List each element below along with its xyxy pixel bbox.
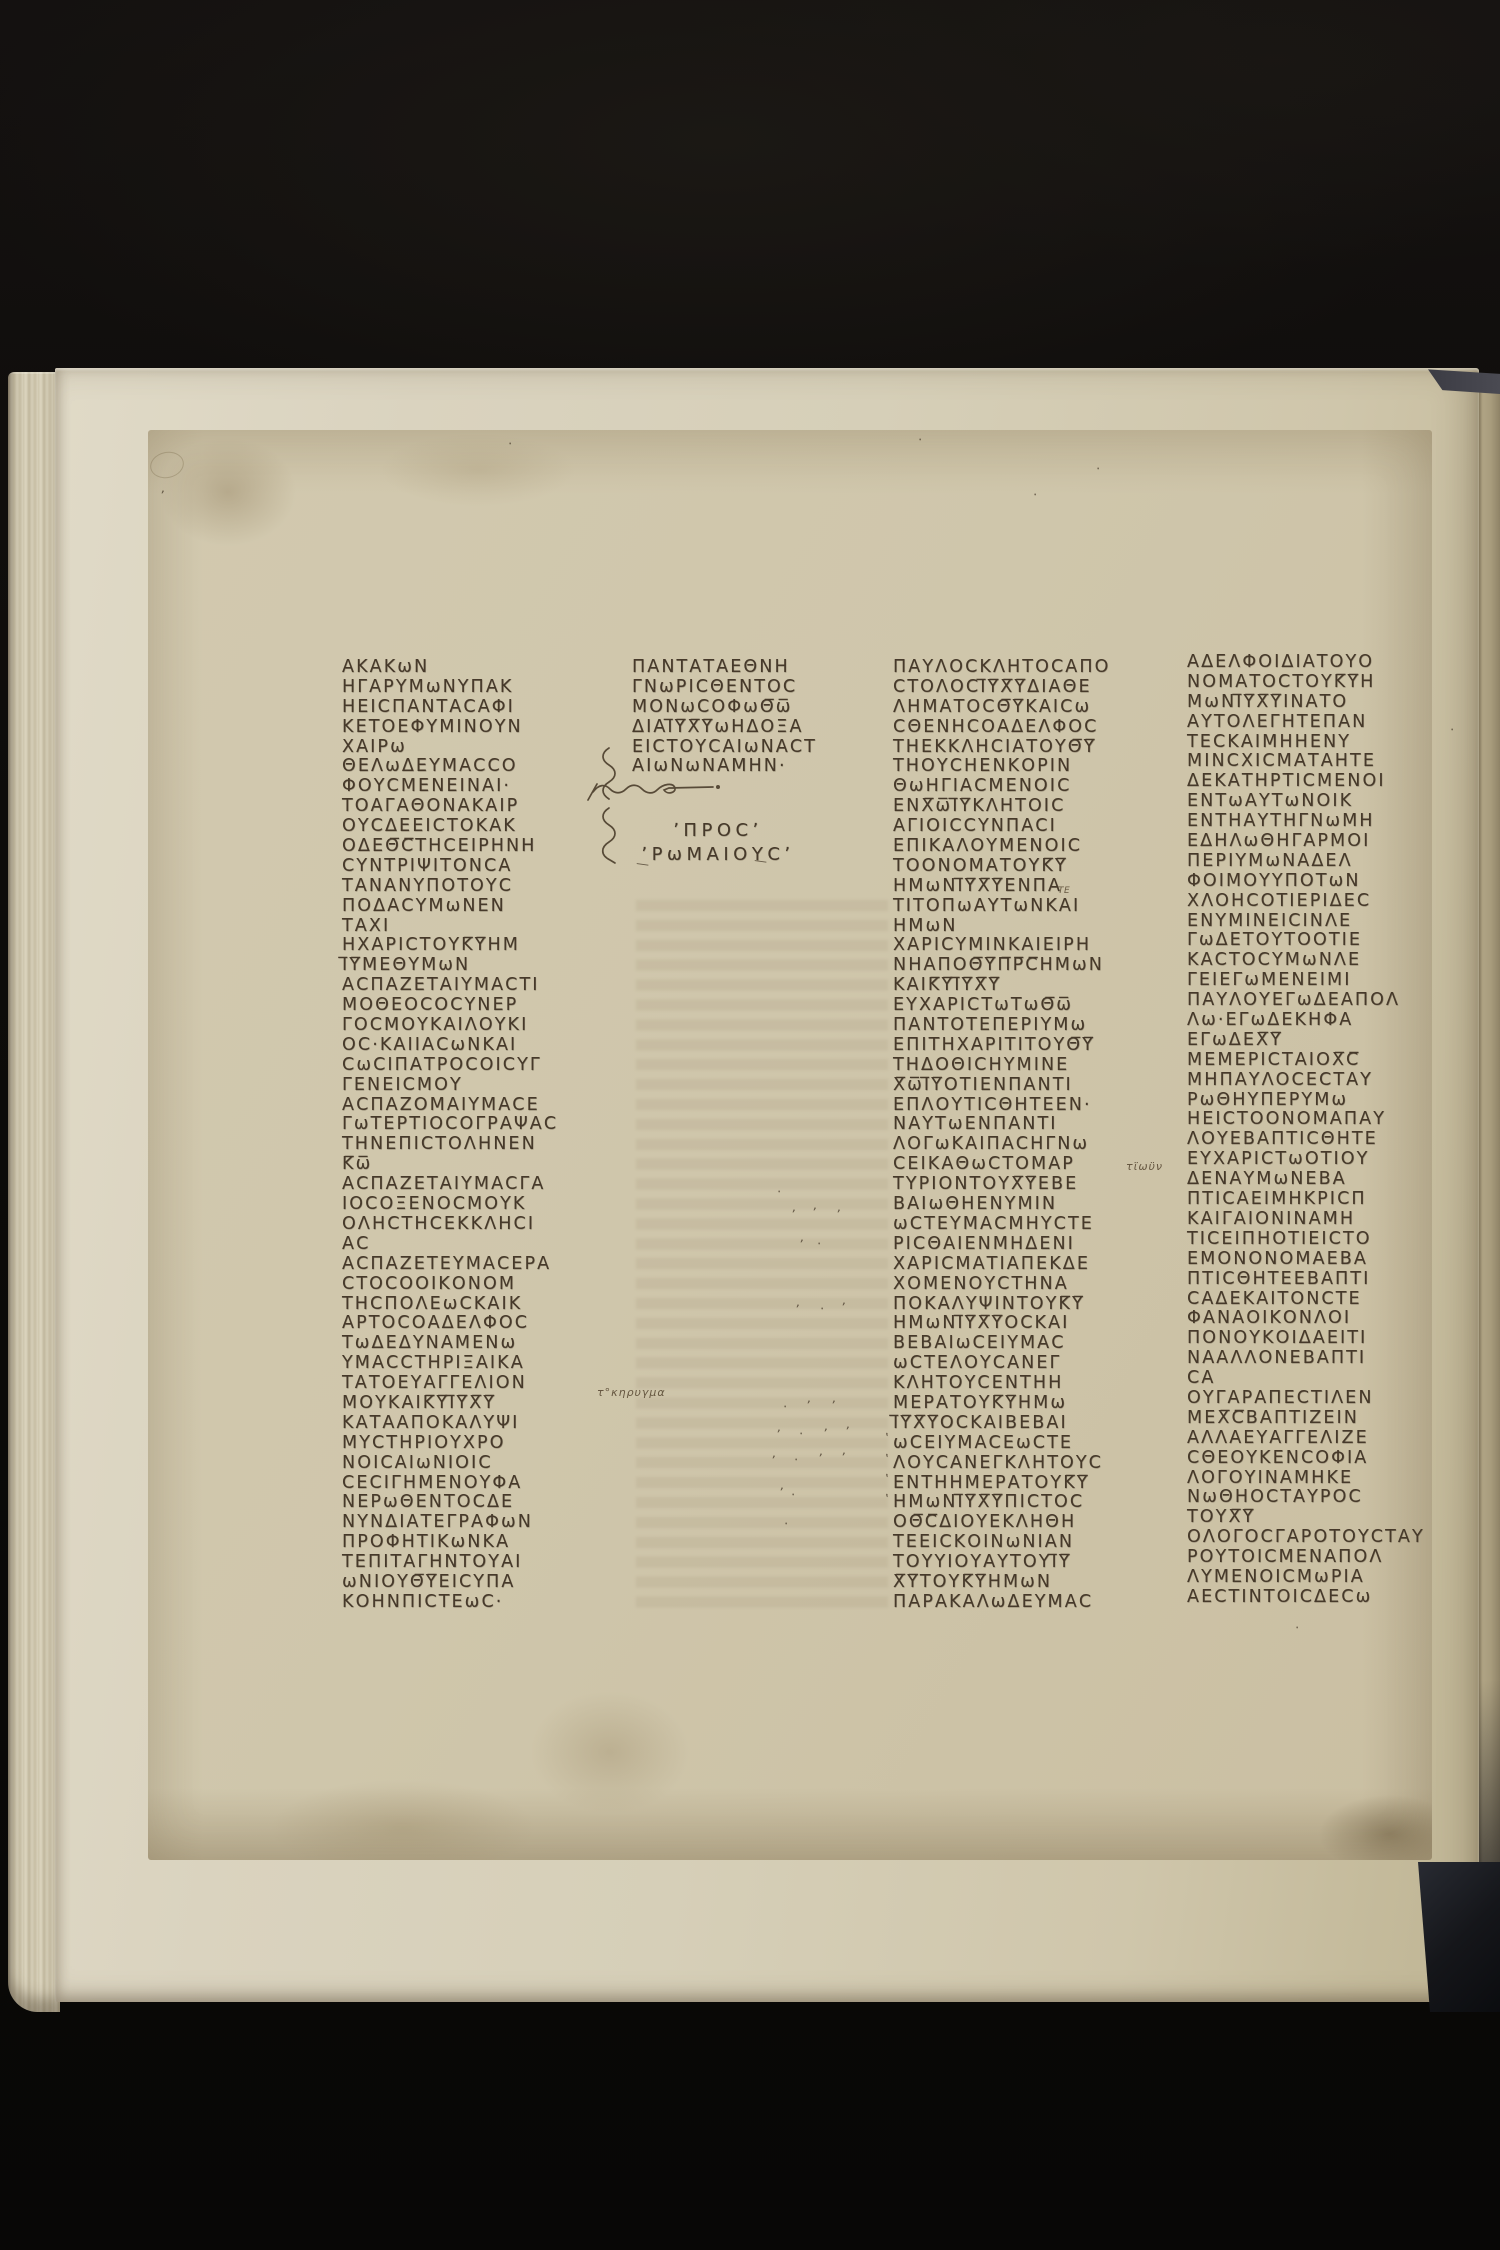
manuscript-line: ΝΗΑΠΟΘ̅Υ̅Π̅Ρ̅Ϲ̅ΗΜωΝ xyxy=(893,956,1161,976)
manuscript-line: ΓΕΝΕΙϹΜΟΥ xyxy=(342,1076,610,1096)
manuscript-line: ΕΠΛΟΥΤΙϹΘΗΤΕΕΝ· xyxy=(893,1096,1161,1116)
manuscript-line: ωΝΙΟΥΘ̅Υ̅ΕΙϹΥΠΑ xyxy=(342,1573,610,1593)
manuscript-line: ϹΑΔΕΚΑΙΤΟΝϹΤΕ xyxy=(1187,1290,1455,1310)
manuscript-line: ΓωΔΕΤΟΥΤΟΟΤΙΕ xyxy=(1187,931,1455,951)
manuscript-line: ΤΑΤΟΕΥΑΓΓΕΛΙΟΝ xyxy=(342,1374,610,1394)
manuscript-line: ϹΤΟΛΟϹΙ̅Υ̅Χ̅Υ̅ΔΙΑΘΕ xyxy=(893,678,1161,698)
manuscript-line: ωϹΕΙΥΜΑϹΕωϹΤΕ xyxy=(893,1434,1161,1454)
manuscript-line: ΥΜΑϹϹΤΗΡΙΞΑΙΚΑ xyxy=(342,1354,610,1374)
manuscript-line: ΕΓωΔΕΧ̅Υ̅ xyxy=(1187,1031,1455,1051)
manuscript-line: ΟϹ·ΚΑΙΙΑϹωΝΚΑΙ xyxy=(342,1036,610,1056)
manuscript-line: ΚΑΙΓΑΙΟΝΙΝΑΜΗ xyxy=(1187,1210,1455,1230)
text-column-3: ΠΑΥΛΟϹΚΛΗΤΟϹΑΠΟϹΤΟΛΟϹΙ̅Υ̅Χ̅Υ̅ΔΙΑΘΕΛΗΜΑΤΟ… xyxy=(893,658,1161,1613)
manuscript-line: ΜΗΠΑΥΛΟϹΕϹΤΑΥ xyxy=(1187,1071,1455,1091)
manuscript-line: ΡΟΥΤΟΙϹΜΕΝΑΠΟΛ xyxy=(1187,1548,1455,1568)
manuscript-line: ΧΑΡΙϹΥΜΙΝΚΑΙΕΙΡΗ xyxy=(893,936,1161,956)
manuscript-line: ΗΜωΝΙ̅Υ̅Χ̅Υ̅ΟϹΚΑΙ xyxy=(893,1314,1161,1334)
manuscript-line: ΤΙΤΟΠωΑΥΤωΝΚΑΙ xyxy=(893,897,1161,917)
manuscript-line: ΚΑϹΤΟϹΥΜωΝΛΕ xyxy=(1187,951,1455,971)
manuscript-line: ΚΛΗΤΟΥϹΕΝΤΗΗ xyxy=(893,1374,1161,1394)
manuscript-line: ΛΟΥΕΒΑΠΤΙϹΘΗΤΕ xyxy=(1187,1130,1455,1150)
manuscript-line: ΝΕΡωΘΕΝΤΟϹΔΕ xyxy=(342,1493,610,1513)
manuscript-line: ΠΟΔΑϹΥΜωΝΕΝ xyxy=(342,897,610,917)
manuscript-line: ΤωΔΕΔΥΝΑΜΕΝω xyxy=(342,1334,610,1354)
manuscript-line: ΕΥΧΑΡΙϹΤωΤωΘ̅ω̅ xyxy=(893,996,1161,1016)
manuscript-line: ϹΤΟϹΟΟΙΚΟΝΟΜ xyxy=(342,1275,610,1295)
manuscript-line: ΜΟΘΕΟϹΟϹΥΝΕΡ xyxy=(342,996,610,1016)
manuscript-line: ΛΥΜΕΝΟΙϹΜωΡΙΑ xyxy=(1187,1568,1455,1588)
manuscript-line: ΗΕΙϹΤΟΟΝΟΜΑΠΑΥ xyxy=(1187,1110,1455,1130)
manuscript-line: ΕΝΤΗΗΜΕΡΑΤΟΥΚ̅Υ̅ xyxy=(893,1474,1161,1494)
manuscript-line: ΑΥΤΟΛΕΓΗΤΕΠΑΝ xyxy=(1187,713,1455,733)
manuscript-line: ΘΕΛωΔΕΥΜΑϹϹΟ xyxy=(342,757,610,777)
manuscript-line: ΑϹ xyxy=(342,1235,610,1255)
manuscript-line: ΧΛΟΗϹΟΤΙΕΡΙΔΕϹ xyxy=(1187,892,1455,912)
manuscript-line: ΤΗΕΚΚΛΗϹΙΑΤΟΥΘ̅Υ̅ xyxy=(893,738,1161,758)
manuscript-line: ΕΜΟΝΟΝΟΜΑΕΒΑ xyxy=(1187,1250,1455,1270)
ink-mark: — xyxy=(753,854,768,869)
manuscript-line: ΤΗΔΟΘΙϹΗΥΜΙΝΕ xyxy=(893,1056,1161,1076)
manuscript-line: ΡωΘΗΥΠΕΡΥΜω xyxy=(1187,1091,1455,1111)
manuscript-line: ΕΥΧΑΡΙϹΤωΟΤΙΟΥ xyxy=(1187,1150,1455,1170)
manuscript-line: Ι̅Υ̅ΜΕΘΥΜωΝ xyxy=(342,956,610,976)
photograph-of-codex-page: ΑΚΑΚωΝΗΓΑΡΥΜωΝΥΠΑΚΗΕΙϹΠΑΝΤΑϹΑΦΙΚΕΤΟΕΦΥΜΙ… xyxy=(0,0,1500,2250)
manuscript-line: Λω·ΕΓωΔΕΚΗΦΑ xyxy=(1187,1011,1455,1031)
text-column-4: ΑΔΕΛΦΟΙΔΙΑΤΟΥΟΝΟΜΑΤΟϹΤΟΥΚ̅Υ̅ΗΜωΝΙ̅Υ̅Χ̅Υ̅… xyxy=(1187,653,1455,1608)
manuscript-line: ΙΟϹΟΞΕΝΟϹΜΟΥΚ xyxy=(342,1195,610,1215)
manuscript-line: ΕΝΤωΑΥΤωΝΟΙΚ xyxy=(1187,792,1455,812)
manuscript-line: ΚΑΤΑΑΠΟΚΑΛΥΨΙ xyxy=(342,1414,610,1434)
manuscript-line: ϹΕΙΚΑΘωϹΤΟΜΑΡ xyxy=(893,1155,1161,1175)
manuscript-line: ΝωΘΗΟϹΤΑΥΡΟϹ xyxy=(1187,1488,1455,1508)
corrector-note: ΤΕ xyxy=(1058,886,1070,896)
manuscript-line: ΑΛΛΑΕΥΑΓΓΕΛΙΖΕ xyxy=(1187,1429,1455,1449)
manuscript-line: ΤΑΝΑΝΥΠΟΤΟΥϹ xyxy=(342,877,610,897)
manuscript-line: ΜΥϹΤΗΡΙΟΥΧΡΟ xyxy=(342,1434,610,1454)
ink-mark: — xyxy=(635,857,650,872)
manuscript-line: ΑΚΑΚωΝ xyxy=(342,658,610,678)
manuscript-line: ΝΑΥΤωΕΝΠΑΝΤΙ xyxy=(893,1115,1161,1135)
manuscript-line: ϹΑ xyxy=(1187,1369,1455,1389)
manuscript-line: ΜΕΡΑΤΟΥΚ̅Υ̅ΗΜω xyxy=(893,1394,1161,1414)
manuscript-line: ΧΑΙΡω xyxy=(342,738,610,758)
manuscript-line: ΑΓΙΟΙϹϹΥΝΠΑϹΙ xyxy=(893,817,1161,837)
manuscript-line: ΦΑΝΑΟΙΚΟΝΛΟΙ xyxy=(1187,1309,1455,1329)
manuscript-line: ωϹΤΕΛΟΥϹΑΝΕΓ xyxy=(893,1354,1161,1374)
manuscript-line: ΠΑΥΛΟΥΕΓωΔΕΑΠΟΛ xyxy=(1187,991,1455,1011)
manuscript-line: ΜΕΧ̅Ϲ̅ΒΑΠΤΙΖΕΙΝ xyxy=(1187,1409,1455,1429)
verso-show-through-text xyxy=(636,900,888,1608)
manuscript-line: ΠΟΚΑΛΥΨΙΝΤΟΥΚ̅Υ̅ xyxy=(893,1295,1161,1315)
manuscript-line: ΟΘ̅Ϲ̅ΔΙΟΥΕΚΛΗΘΗ xyxy=(893,1513,1161,1533)
manuscript-line: ΦΟΙΜΟΥΥΠΟΤωΝ xyxy=(1187,872,1455,892)
manuscript-line: ΠΟΝΟΥΚΟΙΔΑΕΙΤΙ xyxy=(1187,1329,1455,1349)
manuscript-line: ΤΑΧΙ xyxy=(342,917,610,937)
manuscript-line: ΒΑΙωΘΗΕΝΥΜΙΝ xyxy=(893,1195,1161,1215)
text-column-1: ΑΚΑΚωΝΗΓΑΡΥΜωΝΥΠΑΚΗΕΙϹΠΑΝΤΑϹΑΦΙΚΕΤΟΕΦΥΜΙ… xyxy=(342,658,610,1613)
manuscript-line: ϹΕϹΙΓΗΜΕΝΟΥΦΑ xyxy=(342,1474,610,1494)
manuscript-line: ΚΟΗΝΠΙϹΤΕωϹ· xyxy=(342,1593,610,1613)
manuscript-line: ΜωΝΙ̅Υ̅Χ̅Υ̅ΙΝΑΤΟ xyxy=(1187,693,1455,713)
manuscript-line: ΒΕΒΑΙωϹΕΙΥΜΑϹ xyxy=(893,1334,1161,1354)
corrector-note: τ°κηρυγμα xyxy=(597,1386,666,1399)
manuscript-line: ΤΟΥΧ̅Υ̅ xyxy=(1187,1508,1455,1528)
manuscript-line: ΘωΗΓΙΑϹΜΕΝΟΙϹ xyxy=(893,777,1161,797)
manuscript-line: ΗΜωΝΙ̅Υ̅Χ̅Υ̅ΕΝΠΑ xyxy=(893,877,1161,897)
manuscript-line: ωϹΤΕΥΜΑϹΜΗΥϹΤΕ xyxy=(893,1215,1161,1235)
manuscript-line: ΟΥϹΔΕΕΙϹΤΟΚΑΚ xyxy=(342,817,610,837)
manuscript-line: ΗΜωΝ xyxy=(893,917,1161,937)
manuscript-line: ΟΛΗϹΤΗϹΕΚΚΛΗϹΙ xyxy=(342,1215,610,1235)
manuscript-line: ΟΛΟΓΟϹΓΑΡΟΤΟΥϹΤΑΥ xyxy=(1187,1528,1455,1548)
manuscript-line: ΔΙΑΙ̅Υ̅Χ̅Υ̅ωΗΔΟΞΑ xyxy=(632,718,900,738)
manuscript-line: ΔΕΝΑΥΜωΝΕΒΑ xyxy=(1187,1170,1455,1190)
manuscript-line: ΛΟΓΟΥΙΝΑΜΗΚΕ xyxy=(1187,1469,1455,1489)
manuscript-line: ΝΟΜΑΤΟϹΤΟΥΚ̅Υ̅Η xyxy=(1187,673,1455,693)
manuscript-line: ΤΗΟΥϹΗΕΝΚΟΡΙΝ xyxy=(893,757,1161,777)
manuscript-line: ΕΝΧ̅ω̅Ι̅Υ̅ΚΛΗΤΟΙϹ xyxy=(893,797,1161,817)
manuscript-line: ΑΕϹΤΙΝΤΟΙϹΔΕϹω xyxy=(1187,1588,1455,1608)
manuscript-line: ΤΕϹΚΑΙΜΗΗΕΝΥ xyxy=(1187,733,1455,753)
manuscript-line: ΓΟϹΜΟΥΚΑΙΛΟΥΚΙ xyxy=(342,1016,610,1036)
manuscript-line: ΤΙϹΕΙΠΗΟΤΙΕΙϹΤΟ xyxy=(1187,1230,1455,1250)
manuscript-line: ΑϹΠΑΖΟΜΑΙΥΜΑϹΕ xyxy=(342,1096,610,1116)
manuscript-line: ΑϹΠΑΖΕΤΑΙΥΜΑϹΓΑ xyxy=(342,1175,610,1195)
manuscript-line: ΤΟΥΥΙΟΥΑΥΤΟΥΙ̅Υ̅ xyxy=(893,1553,1161,1573)
manuscript-line: ΛΗΜΑΤΟϹΘ̅Υ̅ΚΑΙϹω xyxy=(893,698,1161,718)
manuscript-line: ΕΔΗΛωΘΗΓΑΡΜΟΙ xyxy=(1187,832,1455,852)
manuscript-line: ΝΥΝΔΙΑΤΕΓΡΑΦωΝ xyxy=(342,1513,610,1533)
manuscript-line: ΤΕΠΙΤΑΓΗΝΤΟΥΑΙ xyxy=(342,1553,610,1573)
manuscript-line: ΟΥΓΑΡΑΠΕϹΤΙΛΕΝ xyxy=(1187,1389,1455,1409)
manuscript-line: ΗΓΑΡΥΜωΝΥΠΑΚ xyxy=(342,678,610,698)
manuscript-line: ΤΟΑΓΑΘΟΝΑΚΑΙΡ xyxy=(342,797,610,817)
manuscript-line: ΦΟΥϹΜΕΝΕΙΝΑΙ· xyxy=(342,777,610,797)
subscription-line-pros: ʼΠΡΟϹʼ xyxy=(618,819,818,843)
manuscript-line: ΑϹΠΑΖΕΤΕΥΜΑϹΕΡΑ xyxy=(342,1255,610,1275)
manuscript-line: ϹωϹΙΠΑΤΡΟϹΟΙϹΥΓ xyxy=(342,1056,610,1076)
manuscript-line: ΑΡΤΟϹΟΑΔΕΛΦΟϹ xyxy=(342,1314,610,1334)
manuscript-line: ΠΕΡΙΥΜωΝΑΔΕΛ xyxy=(1187,852,1455,872)
manuscript-line: ΕΝΥΜΙΝΕΙϹΙΝΛΕ xyxy=(1187,912,1455,932)
manuscript-line: ΠΡΟΦΗΤΙΚωΝΚΑ xyxy=(342,1533,610,1553)
manuscript-line: Χ̅ω̅Ι̅Υ̅ΟΤΙΕΝΠΑΝΤΙ xyxy=(893,1076,1161,1096)
manuscript-line: ϹΘΕΟΥΚΕΝϹΟΦΙΑ xyxy=(1187,1449,1455,1469)
manuscript-line: Κ̅ω̅ xyxy=(342,1155,610,1175)
book-fore-edge-page-stack xyxy=(8,372,60,2012)
corrector-note: τϊωϋν xyxy=(1126,1160,1163,1173)
manuscript-line: ΤΗϹΠΟΛΕωϹΚΑΙΚ xyxy=(342,1295,610,1315)
manuscript-line: ΗΜωΝΙ̅Υ̅Χ̅Υ̅ΠΙϹΤΟϹ xyxy=(893,1493,1161,1513)
manuscript-line: ΜΟΝωϹΟΦωΘ̅ω̅ xyxy=(632,698,900,718)
manuscript-line: ΗΕΙϹΠΑΝΤΑϹΑΦΙ xyxy=(342,698,610,718)
manuscript-line: ΓΕΙΕΓωΜΕΝΕΙΜΙ xyxy=(1187,971,1455,991)
manuscript-line: ΓωΤΕΡΤΙΟϹΟΓΡΑΨΑϹ xyxy=(342,1115,610,1135)
manuscript-line: ΤΥΡΙΟΝΤΟΥΧ̅Υ̅ΕΒΕ xyxy=(893,1175,1161,1195)
manuscript-line: Ι̅Υ̅Χ̅Υ̅ΟϹΚΑΙΒΕΒΑΙ xyxy=(893,1414,1161,1434)
manuscript-line: ΜΕΜΕΡΙϹΤΑΙΟΧ̅Ϲ̅ xyxy=(1187,1051,1455,1071)
manuscript-line: ΕΠΙΤΗΧΑΡΙΤΙΤΟΥΘ̅Υ̅ xyxy=(893,1036,1161,1056)
manuscript-line: ΔΕΚΑΤΗΡΤΙϹΜΕΝΟΙ xyxy=(1187,772,1455,792)
manuscript-line: ΕΝΤΗΑΥΤΗΓΝωΜΗ xyxy=(1187,812,1455,832)
manuscript-line: ΟΔΕΘ̅Ϲ̅ΤΗϹΕΙΡΗΝΗ xyxy=(342,837,610,857)
manuscript-line: ΠΑΝΤΑΤΑΕΘΝΗ xyxy=(632,658,900,678)
manuscript-line: ΜΙΝϹΧΙϹΜΑΤΑΗΤΕ xyxy=(1187,752,1455,772)
manuscript-line: ΚΑΙΚ̅Υ̅Ι̅Υ̅Χ̅Υ̅ xyxy=(893,976,1161,996)
manuscript-line: ΡΙϹΘΑΙΕΝΜΗΔΕΝΙ xyxy=(893,1235,1161,1255)
manuscript-line: ΗΧΑΡΙϹΤΟΥΚ̅Υ̅ΗΜ xyxy=(342,936,610,956)
manuscript-line: ΧΟΜΕΝΟΥϹΤΗΝΑ xyxy=(893,1275,1161,1295)
manuscript-line: ΝΑΑΛΛΟΝΕΒΑΠΤΙ xyxy=(1187,1349,1455,1369)
manuscript-line: ΛΟΥϹΑΝΕΓΚΛΗΤΟΥϹ xyxy=(893,1454,1161,1474)
manuscript-line: ΓΝωΡΙϹΘΕΝΤΟϹ xyxy=(632,678,900,698)
manuscript-line: ΠΑΡΑΚΑΛωΔΕΥΜΑϹ xyxy=(893,1593,1161,1613)
manuscript-line: ϹΘΕΝΗϹΟΑΔΕΛΦΟϹ xyxy=(893,718,1161,738)
manuscript-line: ΠΑΝΤΟΤΕΠΕΡΙΥΜω xyxy=(893,1016,1161,1036)
manuscript-line: ΠΤΙϹΘΗΤΕΕΒΑΠΤΙ xyxy=(1187,1270,1455,1290)
manuscript-line: ΤΟΟΝΟΜΑΤΟΥΚ̅Υ̅ xyxy=(893,857,1161,877)
manuscript-line: Χ̅Υ̅ΤΟΥΚ̅Υ̅ΗΜωΝ xyxy=(893,1573,1161,1593)
manuscript-line: ΕΠΙΚΑΛΟΥΜΕΝΟΙϹ xyxy=(893,837,1161,857)
manuscript-line: ΚΕΤΟΕΦΥΜΙΝΟΥΝ xyxy=(342,718,610,738)
manuscript-line: ΜΟΥΚΑΙΚ̅Υ̅Ι̅Υ̅Χ̅Υ̅ xyxy=(342,1394,610,1414)
manuscript-line: ΠΑΥΛΟϹΚΛΗΤΟϹΑΠΟ xyxy=(893,658,1161,678)
manuscript-line: ΠΤΙϹΑΕΙΜΗΚΡΙϹΠ xyxy=(1187,1190,1455,1210)
manuscript-line: ΤΗΝΕΠΙϹΤΟΛΗΝΕΝ xyxy=(342,1135,610,1155)
manuscript-line: ΝΟΙϹΑΙωΝΙΟΙϹ xyxy=(342,1454,610,1474)
manuscript-line: ΛΟΓωΚΑΙΠΑϹΗΓΝω xyxy=(893,1135,1161,1155)
manuscript-line: ΧΑΡΙϹΜΑΤΙΑΠΕΚΔΕ xyxy=(893,1255,1161,1275)
manuscript-line: ΑϹΠΑΖΕΤΑΙΥΜΑϹΤΙ xyxy=(342,976,610,996)
manuscript-line: ΤΕΕΙϹΚΟΙΝωΝΙΑΝ xyxy=(893,1533,1161,1553)
manuscript-line: ΑΔΕΛΦΟΙΔΙΑΤΟΥΟ xyxy=(1187,653,1455,673)
manuscript-line: ϹΥΝΤΡΙΨΙΤΟΝϹΑ xyxy=(342,857,610,877)
